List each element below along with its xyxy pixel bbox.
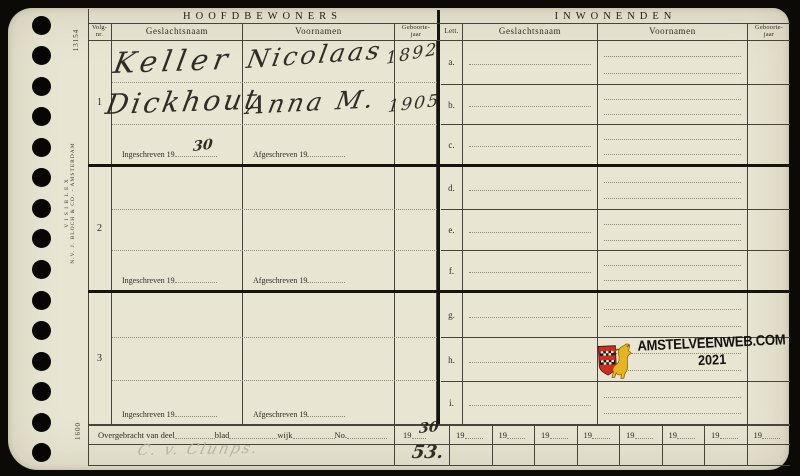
printer-imprint: V I S I B L E X N.V. J. BLOCH & CO. - AM… — [64, 126, 76, 280]
printer-address: N.V. J. BLOCH & CO. - AMSTERDAM — [70, 126, 76, 280]
binding-hole — [32, 291, 51, 310]
writing-line — [112, 124, 437, 125]
footer-transfer-label: Overgebracht van deel — [98, 430, 175, 440]
hoofdbewoners-title: HOOFDBEWONERS — [88, 9, 437, 23]
writing-line — [604, 56, 741, 57]
writing-line — [469, 317, 591, 318]
ingeschreven-label: Ingeschreven 19 — [122, 409, 217, 419]
writing-line — [604, 198, 741, 199]
writing-line — [604, 182, 741, 183]
writing-line — [604, 240, 741, 241]
writing-line — [469, 106, 591, 107]
lettered-row-e: e. — [441, 209, 790, 250]
footer-year-cell: 19 — [578, 425, 621, 444]
writing-line — [112, 82, 437, 83]
binding-hole — [32, 229, 51, 248]
binding-hole — [32, 199, 51, 218]
writing-line — [604, 413, 741, 414]
column-header-voornamen: Voornamen — [598, 23, 748, 40]
inwonenden-header-row: Lett. Geslachtsnaam Voornamen Geboorte- … — [441, 23, 790, 40]
row-number: 3 — [88, 293, 111, 424]
footer-year-cell: 19 — [493, 425, 536, 444]
footer-year-cell: 19 — [748, 425, 790, 444]
handwritten-surname-keller: Keller — [111, 42, 235, 80]
row-letter: c. — [441, 125, 463, 164]
column-header-volgnr: Volg- nr. — [88, 23, 112, 40]
writing-line — [604, 224, 741, 225]
footer-year-cell: 19 — [620, 425, 663, 444]
writing-line — [469, 272, 591, 273]
inwonenden-title: INWONENDEN — [441, 9, 790, 23]
footer-year-cell: 19 — [450, 425, 493, 444]
binding-hole — [32, 138, 51, 157]
lettered-row-c: c. — [441, 124, 790, 164]
lettered-row-a: a. — [441, 40, 790, 84]
stock-code: 1600 — [74, 416, 82, 446]
footer-year-cell: 19 — [535, 425, 578, 444]
lettered-row-d: d. — [441, 167, 790, 209]
handwritten-surname-dickhout: Dickhout — [103, 83, 262, 121]
handwritten-ingeschreven-year: 30 — [193, 137, 214, 155]
row-letter: f. — [441, 251, 463, 290]
handwritten-number-53: 53. — [411, 442, 445, 463]
writing-line — [112, 209, 437, 210]
binding-hole — [32, 107, 51, 126]
writing-line — [469, 190, 591, 191]
writing-line — [604, 114, 741, 115]
binding-hole — [32, 260, 51, 279]
writing-line — [604, 397, 741, 398]
main-row-3: 3 Ingeschreven 19 Afgeschreven 19 — [88, 293, 437, 424]
binding-hole — [32, 352, 51, 371]
row-letter: a. — [441, 40, 463, 84]
lettered-row-i: i. — [441, 381, 790, 424]
grid-line — [88, 465, 790, 466]
binding-hole — [32, 16, 51, 35]
writing-line — [604, 99, 741, 100]
main-row-2: 2 Ingeschreven 19 Afgeschreven 19 — [88, 167, 437, 290]
pencil-signature: C. v. Clunps. — [136, 439, 262, 459]
column-header-lett: Lett. — [441, 23, 463, 40]
writing-line — [604, 265, 741, 266]
row-letter: b. — [441, 85, 463, 124]
handwritten-transfer-year: 30 — [418, 419, 439, 437]
writing-line — [469, 64, 591, 65]
column-header-geboortejaar: Geboorte- jaar — [748, 23, 790, 40]
writing-line — [469, 232, 591, 233]
binding-hole — [32, 413, 51, 432]
column-header-geslachtsnaam: Geslachtsnaam — [112, 23, 243, 40]
watermark-text: AMSTELVEENWEB.COM 2021 — [637, 333, 786, 371]
afgeschreven-label: Afgeschreven 19 — [253, 149, 345, 159]
writing-line — [112, 250, 437, 251]
form-serial-number: 13154 — [72, 20, 80, 60]
coat-of-arms-icon — [597, 340, 637, 386]
writing-line — [604, 280, 741, 281]
binding-hole — [32, 77, 51, 96]
writing-line — [469, 146, 591, 147]
row-letter: i. — [441, 382, 463, 424]
footer-blad-label: blad — [215, 430, 230, 440]
footer-wijk-label: wijk — [277, 430, 292, 440]
binding-hole — [32, 443, 51, 462]
footer-no-label: No. — [335, 430, 348, 440]
binding-hole — [32, 46, 51, 65]
footer-year-cell: 19 — [663, 425, 706, 444]
row-number: 2 — [88, 167, 111, 290]
afgeschreven-label: Afgeschreven 19 — [253, 275, 345, 285]
writing-line — [112, 337, 437, 338]
writing-line — [604, 326, 741, 327]
writing-line — [604, 73, 741, 74]
writing-line — [604, 309, 741, 310]
ingeschreven-label: Ingeschreven 19 — [122, 275, 217, 285]
row-letter: d. — [441, 167, 463, 209]
afgeschreven-label: Afgeschreven 19 — [253, 409, 345, 419]
footer-year-cell: 19 — [705, 425, 748, 444]
lettered-row-g: g. — [441, 293, 790, 337]
writing-line — [112, 380, 437, 381]
binding-hole — [32, 321, 51, 340]
row-letter: h. — [441, 338, 463, 381]
scanned-register-card-page: 13154 V I S I B L E X N.V. J. BLOCH & CO… — [0, 0, 800, 476]
binding-hole — [32, 168, 51, 187]
watermark: AMSTELVEENWEB.COM 2021 — [597, 333, 800, 386]
writing-line — [604, 154, 741, 155]
writing-line — [469, 362, 591, 363]
writing-line — [469, 405, 591, 406]
column-header-geboortejaar: Geboorte- jaar — [395, 23, 437, 40]
section-divider-line — [437, 10, 440, 424]
writing-line — [604, 139, 741, 140]
row-letter: g. — [441, 293, 463, 337]
row-letter: e. — [441, 210, 463, 250]
lettered-row-f: f. — [441, 250, 790, 290]
binding-hole — [32, 382, 51, 401]
column-header-geslachtsnaam: Geslachtsnaam — [463, 23, 598, 40]
lettered-row-b: b. — [441, 84, 790, 124]
